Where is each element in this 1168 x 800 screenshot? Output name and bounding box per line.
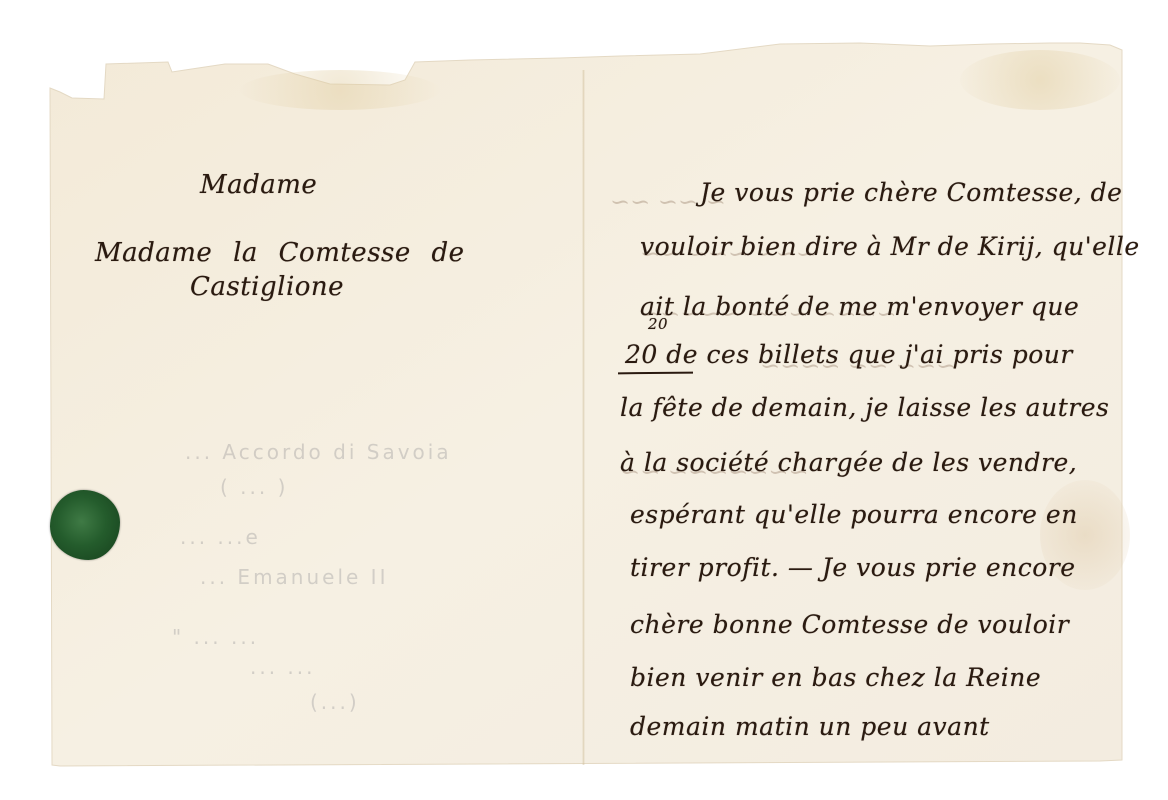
superscript-number: 20	[648, 315, 668, 333]
pencil-note: ... Emanuele II	[200, 565, 388, 589]
wax-seal	[50, 490, 120, 560]
letter-sheet: Madame Madame la Comtesse de Castiglione…	[0, 0, 1168, 800]
letter-line: à la société chargée de les vendre,	[620, 448, 1077, 477]
letter-line: chère bonne Comtesse de vouloir	[630, 610, 1069, 639]
letter-line: 20 de ces billets que j'ai pris pour	[625, 340, 1073, 369]
letter-line: tirer profit. — Je vous prie encore	[630, 553, 1076, 582]
letter-line: ait la bonté de me m'envoyer que	[640, 292, 1079, 321]
pencil-note: " ... ...	[172, 625, 259, 649]
letter-line: demain matin un peu avant	[630, 712, 990, 741]
pencil-note: ... ...	[250, 655, 316, 679]
letter-line: bien venir en bas chez la Reine	[630, 663, 1041, 692]
letter-line: Je vous prie chère Comtesse, de	[700, 178, 1122, 207]
letter-line: vouloir bien dire à Mr de Kirij, qu'elle	[640, 232, 1140, 261]
pencil-note: ... Accordo di Savoia	[185, 440, 452, 464]
letter-line: espérant qu'elle pourra encore en	[630, 500, 1078, 529]
pencil-note: ... ...e	[180, 525, 261, 549]
pencil-note: (...)	[310, 690, 360, 714]
address-salutation: Madame	[200, 170, 317, 200]
center-fold	[582, 70, 585, 765]
address-recipient: Madame la Comtesse de	[95, 238, 465, 268]
pencil-note: ( ... )	[220, 475, 288, 499]
address-surname: Castiglione	[190, 272, 344, 302]
letter-line: la fête de demain, je laisse les autres	[620, 393, 1109, 422]
